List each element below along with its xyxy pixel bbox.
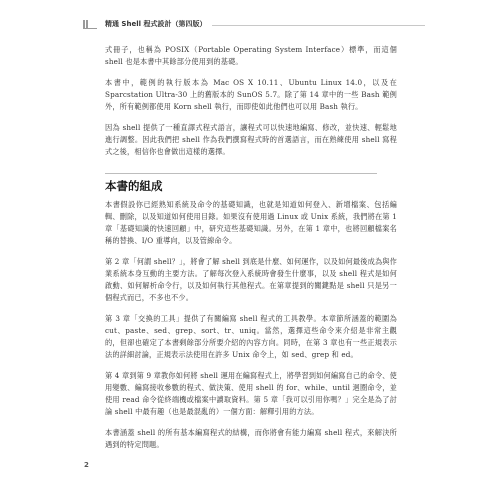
section-paragraph-3: 第 3 章「交換的工具」提供了有關編寫 shell 程式的工具教學。本章節所涵蓋… [105,313,397,361]
paragraph-intro-2: 本書中，範例的執行版本為 Mac OS X 10.11、Ubuntu Linux… [105,77,397,113]
page-number: 2 [84,461,89,469]
running-header: 精通 Shell 程式設計（第四版） [83,17,425,31]
header-bars-icon [83,20,99,29]
section-heading: 本書的組成 [105,178,397,194]
section-paragraph-5: 本書涵蓋 shell 的所有基本編寫程式的結構，而你將會有能力編寫 shell … [105,427,397,451]
paragraph-intro-1: 式冊子，也稱為 POSIX（Portable Operating System … [105,44,397,68]
page-body: 式冊子，也稱為 POSIX（Portable Operating System … [105,44,397,460]
section-paragraph-2: 第 2 章「何謂 shell？」，將會了解 shell 到底是什麼、如何運作，以… [105,256,397,304]
header-rule [212,25,425,26]
section-divider [105,173,377,174]
section-paragraph-1: 本書假設你已經熟知系統及命令的基礎知識，也就是知道如何登入、新增檔案、包括編輯、… [105,199,397,247]
section-paragraph-4: 第 4 章到第 9 章教你如何將 shell 運用在編寫程式上，將學習到如何編寫… [105,370,397,418]
paragraph-intro-3: 因為 shell 提供了一種直譯式程式語言，讓程式可以快速地編寫、修改，並快速、… [105,122,397,158]
book-title: 精通 Shell 程式設計（第四版） [105,19,206,29]
